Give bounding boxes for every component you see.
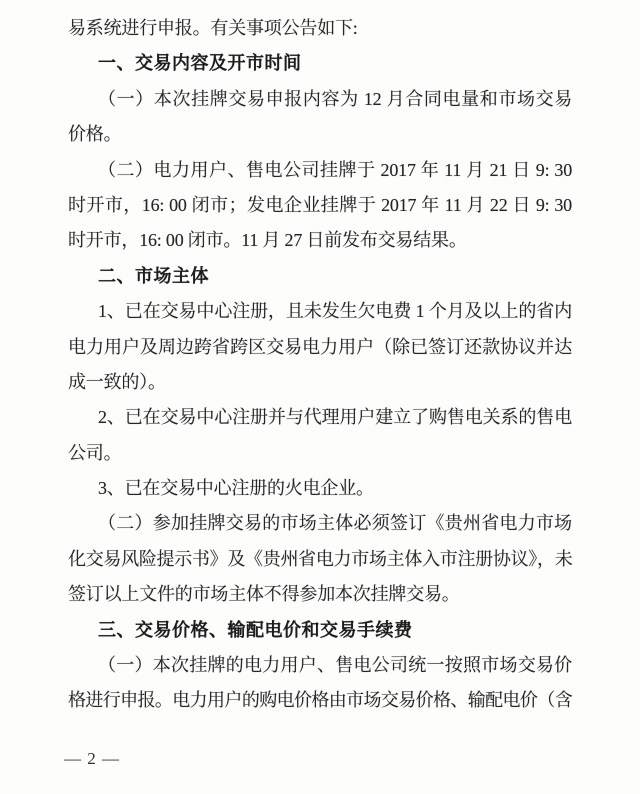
body-line-s1-p1-b: 价格。 — [68, 117, 572, 152]
body-line-s3-p1-a: （一）本次挂牌的电力用户、售电公司统一按照市场交易价 — [68, 648, 572, 683]
body-line-s2-item3: 3、已在交易中心注册的火电企业。 — [68, 471, 572, 506]
body-line-s1-p2-b: 时开市，16: 00 闭市；发电企业挂牌于 2017 年 11 月 22 日 9… — [68, 188, 572, 223]
section-heading-1: 一、交易内容及开市时间 — [68, 46, 572, 81]
body-line-s2-item1-a: 1、已在交易中心注册，且未发生欠电费 1 个月及以上的省内 — [68, 294, 572, 329]
document-page: 易系统进行申报。有关事项公告如下: 一、交易内容及开市时间 （一）本次挂牌交易申… — [0, 0, 640, 794]
body-line-s3-p1-b: 格进行申报。电力用户的购电价格由市场交易价格、输配电价（含 — [68, 683, 572, 718]
body-line-s2-p2-a: （二）参加挂牌交易的市场主体必须签订《贵州省电力市场 — [68, 506, 572, 541]
body-line-s2-item2-a: 2、已在交易中心注册并与代理用户建立了购售电关系的售电 — [68, 400, 572, 435]
document-text-block: 易系统进行申报。有关事项公告如下: 一、交易内容及开市时间 （一）本次挂牌交易申… — [68, 11, 572, 719]
body-line-s2-item2-b: 公司。 — [68, 436, 572, 471]
body-line-s2-item1-b: 电力用户及周边跨省跨区交易电力用户（除已签订还款协议并达 — [68, 330, 572, 365]
section-heading-2: 二、市场主体 — [68, 259, 572, 294]
body-line-intro: 易系统进行申报。有关事项公告如下: — [68, 11, 572, 46]
section-heading-3: 三、交易价格、输配电价和交易手续费 — [68, 613, 572, 648]
body-line-s1-p2-a: （二）电力用户、售电公司挂牌于 2017 年 11 月 21 日 9: 30 — [68, 153, 572, 188]
page-number: — 2 — — [64, 748, 120, 770]
body-line-s1-p2-c: 时开市，16: 00 闭市。11 月 27 日前发布交易结果。 — [68, 223, 572, 258]
body-line-s2-item1-c: 成一致的）。 — [68, 365, 572, 400]
body-line-s2-p2-c: 签订以上文件的市场主体不得参加本次挂牌交易。 — [68, 577, 572, 612]
body-line-s2-p2-b: 化交易风险提示书》及《贵州省电力市场主体入市注册协议》，未 — [68, 542, 572, 577]
body-line-s1-p1-a: （一）本次挂牌交易申报内容为 12 月合同电量和市场交易 — [68, 82, 572, 117]
